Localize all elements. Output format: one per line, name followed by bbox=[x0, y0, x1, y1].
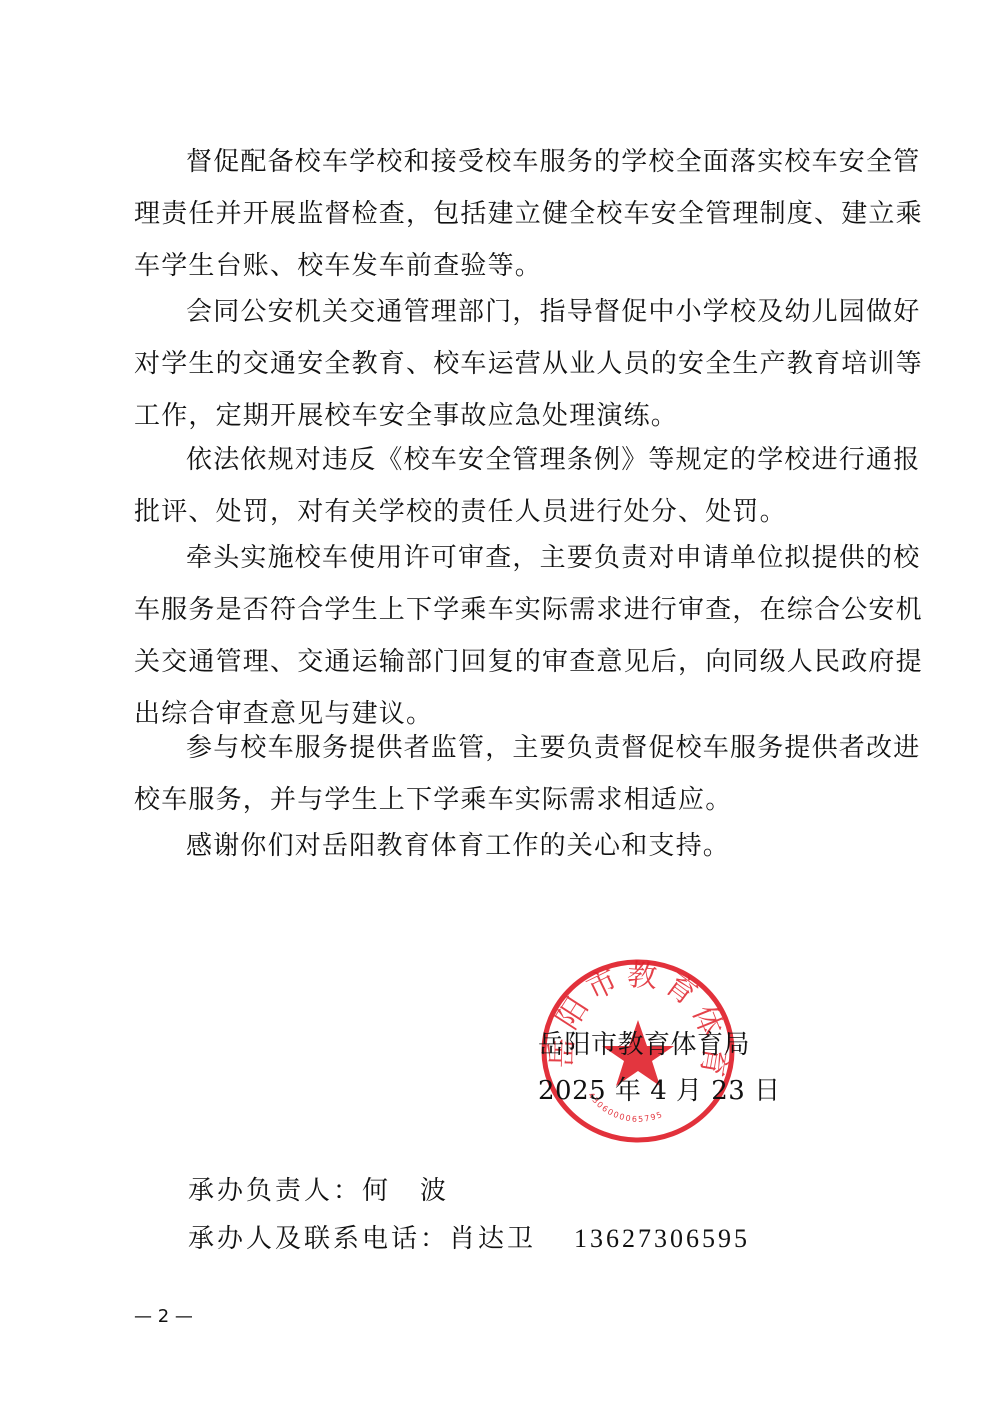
paragraph-2: 会同公安机关交通管理部门，指导督促中小学校及幼儿园做好 对学生的交通安全教育、校… bbox=[134, 286, 874, 442]
text-line: 批评、处罚，对有关学校的责任人员进行处分、处罚。 bbox=[134, 486, 874, 538]
paragraph-3: 依法依规对违反《校车安全管理条例》等规定的学校进行通报 批评、处罚，对有关学校的… bbox=[134, 434, 874, 538]
text-line: 车服务是否符合学生上下学乘车实际需求进行审查，在综合公安机 bbox=[134, 584, 874, 636]
paragraph-4: 牵头实施校车使用许可审查，主要负责对申请单位拟提供的校 车服务是否符合学生上下学… bbox=[134, 532, 874, 740]
text-line: 感谢你们对岳阳教育体育工作的关心和支持。 bbox=[134, 820, 874, 872]
text-line: 对学生的交通安全教育、校车运营从业人员的安全生产教育培训等 bbox=[134, 338, 874, 390]
responsible-person-row: 承办负责人：何 波 bbox=[188, 1170, 449, 1207]
text-line: 车学生台账、校车发车前查验等。 bbox=[134, 240, 874, 292]
text-line: 会同公安机关交通管理部门，指导督促中小学校及幼儿园做好 bbox=[134, 286, 874, 338]
text-line: 依法依规对违反《校车安全管理条例》等规定的学校进行通报 bbox=[134, 434, 874, 486]
handler-label: 承办人及联系电话： bbox=[188, 1224, 449, 1254]
paragraph-5: 参与校车服务提供者监管，主要负责督促校车服务提供者改进 校车服务，并与学生上下学… bbox=[134, 722, 874, 826]
text-line: 关交通管理、交通运输部门回复的审查意见后，向同级人民政府提 bbox=[134, 636, 874, 688]
signature-organization: 岳阳市教育体育局 bbox=[538, 1024, 750, 1061]
text-line: 理责任并开展监督检查，包括建立健全校车安全管理制度、建立乘 bbox=[134, 188, 874, 240]
responsible-label: 承办负责人： bbox=[188, 1176, 362, 1206]
text-line: 校车服务，并与学生上下学乘车实际需求相适应。 bbox=[134, 774, 874, 826]
paragraph-1: 督促配备校车学校和接受校车服务的学校全面落实校车安全管 理责任并开展监督检查，包… bbox=[134, 136, 874, 292]
page-number: — 2 — bbox=[134, 1306, 193, 1327]
handler-phone: 13627306595 bbox=[574, 1224, 750, 1253]
text-line: 牵头实施校车使用许可审查，主要负责对申请单位拟提供的校 bbox=[134, 532, 874, 584]
text-line: 督促配备校车学校和接受校车服务的学校全面落实校车安全管 bbox=[134, 136, 874, 188]
handler-row: 承办人及联系电话：肖达卫13627306595 bbox=[188, 1218, 750, 1255]
text-line: 参与校车服务提供者监管，主要负责督促校车服务提供者改进 bbox=[134, 722, 874, 774]
signature-date: 2025 年 4 月 23 日 bbox=[538, 1070, 781, 1107]
responsible-name: 何 波 bbox=[362, 1176, 449, 1206]
handler-name: 肖达卫 bbox=[449, 1224, 536, 1254]
paragraph-closing: 感谢你们对岳阳教育体育工作的关心和支持。 bbox=[134, 820, 874, 872]
